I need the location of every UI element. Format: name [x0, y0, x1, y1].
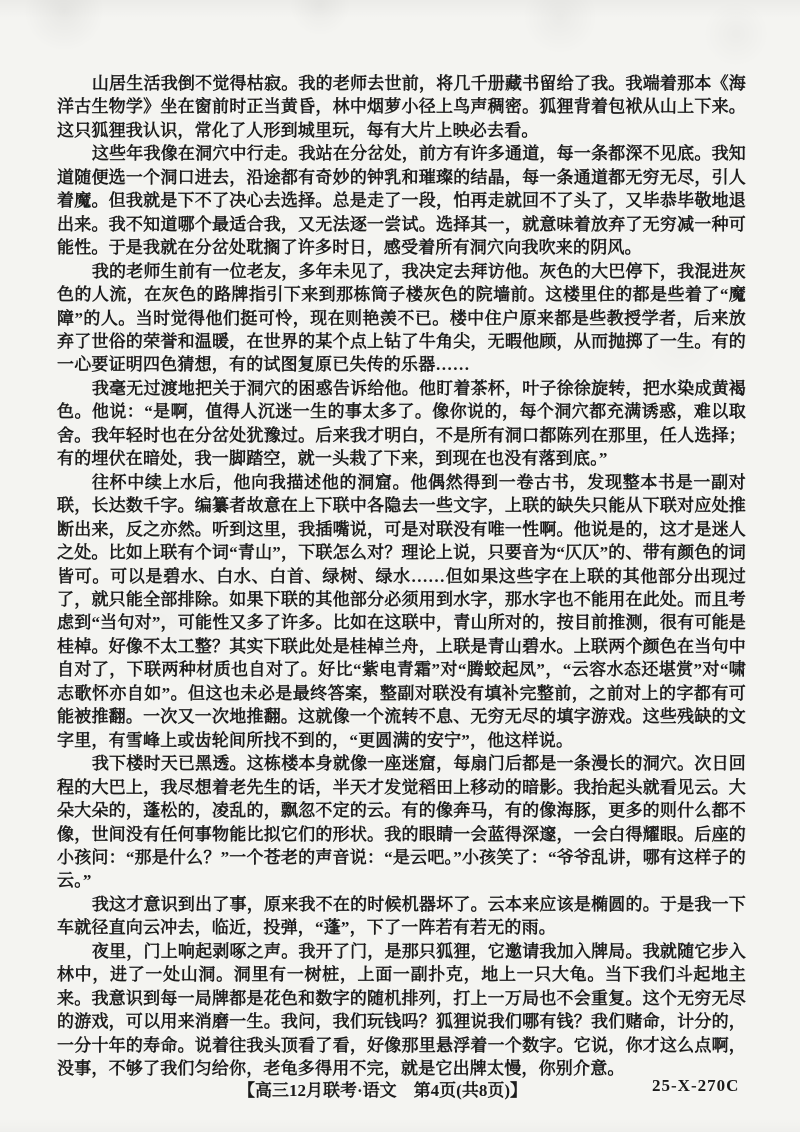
- passage-paragraph: 我下楼时天已黑透。这栋楼本身就像一座迷窟，每扇门后都是一条漫长的洞穴。次日回程的…: [57, 752, 746, 893]
- footer-exam-label: 【高三12月联考·语文 第4页(共8页)】: [238, 1076, 527, 1101]
- passage-paragraph: 山居生活我倒不觉得枯寂。我的老师去世前，将几千册藏书留给了我。我端着那本《海洋古…: [57, 72, 746, 142]
- passage-paragraph: 夜里，门上响起剥啄之声。我开了门，是那只狐狸，它邀请我加入牌局。我就随它步入林中…: [57, 940, 746, 1081]
- page-footer: 【高三12月联考·语文 第4页(共8页)】 25-X-270C: [0, 1076, 800, 1102]
- passage-paragraph: 往杯中续上水后，他向我描述他的洞窟。他偶然得到一卷古书，发现整本书是一副对联，长…: [57, 471, 746, 752]
- passage-paragraph: 我的老师生前有一位老友，多年未见了，我决定去拜访他。灰色的大巴停下，我混进灰色的…: [57, 260, 746, 377]
- reading-passage: 山居生活我倒不觉得枯寂。我的老师去世前，将几千册藏书留给了我。我端着那本《海洋古…: [57, 72, 746, 1080]
- passage-paragraph: 我这才意识到出了事，原来我不在的时候机器坏了。云本来应该是椭圆的。于是我一下车就…: [57, 893, 746, 940]
- passage-paragraph: 我毫无过渡地把关于洞穴的困惑告诉给他。他盯着茶杯，叶子徐徐旋转，把水染成黄褐色。…: [57, 377, 746, 471]
- footer-paper-code: 25-X-270C: [652, 1076, 739, 1096]
- scanned-exam-page: 山居生活我倒不觉得枯寂。我的老师去世前，将几千册藏书留给了我。我端着那本《海洋古…: [0, 0, 800, 1132]
- passage-paragraph: 这些年我像在洞穴中行走。我站在分岔处，前方有许多通道，每一条都深不见底。我知道随…: [57, 142, 746, 259]
